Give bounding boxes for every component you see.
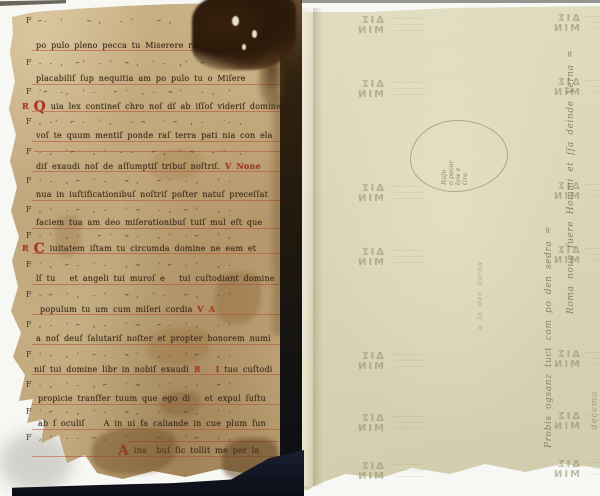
watermark-letters: ΔΙΣ ΜΙΝ [356, 352, 384, 372]
flaked-spot [242, 44, 246, 50]
watermark-stamp: ΔΙΣ ΜΙΝ ― ――― ―――― ――― ― ―― ―― ―――― ― [356, 414, 506, 434]
handwriting-vertical-2: Probis ogsanz tuct com po den sedra = [544, 136, 554, 448]
neume-marks: ' ⌐ - , ' - ¬ , - ' ⌐ , ' - [38, 408, 233, 416]
ruling-line [32, 374, 282, 375]
manuscript-text-line: propicie tranſfer tuum que ego di et exp… [38, 394, 271, 403]
line-text: populum tu um cum miſeri cordia [40, 305, 193, 314]
board-edge-top [0, 0, 66, 6]
neume-row: F- ⌐ ' , - ' ¬ , ' - ⌐ , - ' [26, 290, 233, 299]
manuscript-text-line: niſ tui domine libr in nobiſ exaudi R I … [34, 364, 277, 374]
watermark-caption: ― ――― ―――― ――― ― ―― ―― ―――― ― [389, 248, 424, 266]
neume-row: F- ' , - ⌐ ' ¬ - , ' - ⌐ ' , [26, 231, 233, 240]
manuscript-text-line: R C iuitatem iſtam tu circumda domine ne… [22, 243, 261, 253]
watermark-caption: ― ――― ―――― ――― ― ―― ―― ―――― ― [585, 14, 600, 32]
neume-row: F, - ' ⌐ , - ' ¬ ⌐ - ' , - ' [26, 320, 233, 329]
manuscript-text-line: voſ te quum mentiſ ponde raſ terra pati … [36, 131, 277, 140]
margin-clef-letter: F [26, 407, 38, 416]
neume-marks: , -' ⌐ - ' , - ¬ ' ⌐ , - '- , [38, 118, 244, 126]
watermark-caption: ― ――― ―――― ――― ― ―― ―― ―――― ― [389, 184, 424, 202]
watermark-caption: ― ――― ―――― ――― ― ―― ―― ―――― ― [389, 414, 424, 432]
watermark-letters: ΔΙΣ ΜΙΝ [356, 184, 384, 204]
margin-clef-letter: F [26, 16, 38, 25]
margin-clef-letter: F [26, 320, 38, 329]
rubric-rb: Q [34, 99, 46, 115]
ruling-line [32, 284, 282, 285]
manuscript-text-line: nua in iuſtificationibuſ noſtriſ poſter … [36, 190, 273, 199]
margin-clef-letter: F [26, 87, 38, 96]
line-text: placabiliſ ſup nequitia am po pulo tu o … [36, 74, 246, 83]
neume-marks: '⌐ -, ' - ⌐ ' , - ¬ ' - , ' [38, 88, 233, 96]
line-text: a noſ deuſ ſalutariſ noſter et propter h… [36, 334, 271, 343]
line-text: voſ te quum mentiſ ponde raſ terra pati … [36, 131, 273, 140]
neume-row: F' - , ⌐ ' - ¬ , ⌐ ' - , ' - [26, 176, 233, 185]
watermark-caption: ― ――― ―――― ――― ― ―― ―― ―――― ― [585, 460, 600, 478]
margin-clef-letter: F [26, 433, 38, 442]
neume-marks: - ' , - ⌐ ' ¬ - , ' - ⌐ ' , [38, 232, 233, 240]
watermark-caption: ― ――― ―――― ――― ― ―― ―― ―――― ― [389, 16, 424, 34]
neume-row: F, ' - ⌐ , - ' ¬ - , ⌐ ' , - [26, 205, 233, 214]
watermark-letters: ΔΙΣ ΜΙΝ [356, 248, 384, 268]
flaked-spot [232, 16, 239, 26]
line-text: niſ tui domine libr in nobiſ exaudi [34, 365, 189, 374]
page-edge-shadow [313, 8, 323, 486]
watermark-caption: ― ――― ―――― ――― ― ―― ―― ―――― ― [585, 182, 600, 200]
manuscript-text-line: a noſ deuſ ſalutariſ noſter et propter h… [36, 334, 276, 343]
manuscript-text-line: placabiliſ ſup nequitia am po pulo tu o … [36, 74, 250, 83]
neume-marks: ' , ⌐ - ' - , ¬ ' ⌐ - ' , - [38, 261, 233, 269]
watermark-letters: ΔΙΣ ΜΙΝ [552, 460, 580, 480]
neume-marks: - , ' - , ⌐ ' ¬ - ' , - ⌐ ' [38, 381, 233, 389]
ruling-line [32, 228, 282, 229]
leaf-edge-top [300, 0, 600, 3]
watermark-caption: ― ――― ―――― ――― ― ―― ―― ―――― ― [389, 462, 424, 480]
neume-marks: , - ' ⌐ , - ' ¬ ⌐ - ' , - ' [38, 321, 233, 329]
watermark-caption: ― ――― ―――― ――― ― ―― ―― ―――― ― [389, 80, 424, 98]
manuscript-text-line: R Q uia lex contineſ chro noſ dſ ab iſſo… [22, 101, 286, 111]
neume-row: F'⌐ -, ' - ⌐ ' , - ¬ ' - , ' [26, 87, 233, 96]
margin-clef-letter: F [26, 380, 38, 389]
watermark-letters: ΔΙΣ ΜΙΝ [552, 350, 580, 370]
neume-row: F- , '⌐ , ' - - ⌐ , ' ¬ - ' , [26, 147, 244, 156]
margin-clef-letter: F [26, 290, 38, 299]
rubric-rb: C [34, 241, 45, 257]
line-text: lſ tu et angeli tui muroſ e tui cuſtodia… [36, 274, 275, 283]
margin-clef-letter: F [26, 58, 38, 67]
ruling-line [32, 84, 282, 85]
stain [92, 428, 176, 474]
manuscript-scan: Roma noue fuere Hommi et ſſa deinde Vern… [0, 0, 600, 496]
watermark-letters: ΔΙΣ ΜΙΝ [552, 412, 580, 432]
manuscript-text-line: ab ſ oculiſ A in ui fa caliande in cue p… [38, 419, 271, 428]
watermark-stamp: ΔΙΣ ΜΙΝ ― ――― ―――― ――― ― ―― ―― ―――― ― [356, 462, 506, 482]
line-text: iuitatem iſtam tu circumda domine ne eam… [50, 244, 257, 253]
manuscript-text-line: diſ exaudi noſ de aſſumptiſ tribuſ noſtr… [36, 161, 266, 171]
rubric-rs: R [22, 101, 29, 111]
flaked-spot [252, 30, 257, 38]
watermark-letters: ΔΙΣ ΜΙΝ [356, 414, 384, 434]
manuscript-text-line: lſ tu et angeli tui muroſ e tui cuſtodia… [36, 274, 279, 283]
neume-marks: ' - , ⌐ ' - ¬ , ⌐ ' - , ' - [38, 177, 233, 185]
margin-clef-letter: F [26, 260, 38, 269]
margin-clef-letter: F [26, 350, 38, 359]
watermark-caption: ― ――― ―――― ――― ― ―― ―― ―――― ― [585, 246, 600, 264]
watermark-stamp: ΔΙΣ ΜΙΝ ― ――― ―――― ――― ― ―― ―― ―――― ― [552, 78, 600, 98]
line-text: diſ exaudi noſ de aſſumptiſ tribuſ noſtr… [36, 162, 220, 171]
neume-marks: - ⌐ ' , - ' ¬ , ' - ⌐ , - ' [38, 291, 233, 299]
rubric-rs: R [22, 243, 29, 253]
watermark-letters: ΔΙΣ ΜΙΝ [356, 462, 384, 482]
ruling-line [32, 171, 282, 172]
manuscript-text-line: populum tu um cum miſeri cordia V A [40, 304, 220, 314]
rubric-r2: V None [225, 161, 261, 171]
manuscript-text-line: faciem tua am deo miſerationibuſ tuiſ mu… [36, 218, 267, 227]
margin-clef-letter: F [26, 205, 38, 214]
margin-clef-letter: F [26, 176, 38, 185]
ruling-line [32, 314, 282, 315]
rubric-r2: V A [197, 304, 215, 314]
watermark-stamp: ΔΙΣ ΜΙΝ ― ――― ―――― ――― ― ―― ―― ―――― ― [552, 14, 600, 34]
line-text: propicie tranſfer tuum que ego di et exp… [38, 394, 266, 403]
watermark-letters: ΔΙΣ ΜΙΝ [356, 80, 384, 100]
ruling-line [32, 404, 282, 405]
ruling-line [32, 253, 282, 254]
watermark-stamp: ΔΙΣ ΜΙΝ ― ――― ―――― ――― ― ―― ―― ―――― ― [552, 460, 600, 480]
watermark-stamp: ΔΙΣ ΜΙΝ ― ――― ―――― ――― ― ―― ―― ―――― ― [356, 16, 506, 36]
neume-marks: , ' - ⌐ , - ' ¬ - , ⌐ ' , - [38, 206, 233, 214]
margin-clef-letter: F [26, 147, 38, 156]
ruling-line [32, 141, 282, 142]
line-text: nua in iuſtificationibuſ noſtriſ poſter … [36, 190, 268, 199]
margin-clef-letter: F [26, 117, 38, 126]
watermark-stamp: ΔΙΣ ΜΙΝ ― ――― ―――― ――― ― ―― ―― ―――― ― [552, 182, 600, 202]
neume-row: F' ⌐ - , ' - ¬ , - ' ⌐ , ' - [26, 407, 233, 416]
line-text: uia lex contineſ chro noſ dſ ab iſſoſ vi… [51, 102, 281, 111]
neume-marks: ' - , ' ⌐ - ¬ ' , - ' ⌐ , - [38, 351, 233, 359]
neume-row: F' , ⌐ - ' - , ¬ ' ⌐ - ' , - [26, 260, 233, 269]
watermark-caption: ― ――― ―――― ――― ― ―― ―― ―――― ― [585, 78, 600, 96]
line-text: faciem tua am deo miſerationibuſ tuiſ mu… [36, 218, 262, 227]
rubric-r2: R I [194, 364, 220, 374]
stain-tendril [258, 52, 286, 110]
line-text: ab ſ oculiſ A in ui fa caliande in cue p… [38, 419, 266, 428]
circled-note-text: Rufoo pecorlow eGra [441, 160, 469, 185]
line-text: tuo cuſtodi [224, 365, 272, 374]
ruling-line [32, 200, 282, 201]
margin-clef-letter: F [26, 231, 38, 240]
ruling-line [32, 111, 282, 112]
neume-row: F, -' ⌐ - ' , - ¬ ' ⌐ , - '- , [26, 117, 244, 126]
handwriting-edge-fragment: decema [590, 326, 600, 430]
handwriting-small-column: a la den barna [476, 244, 484, 330]
watermark-stamp: ΔΙΣ ΜΙΝ ― ――― ―――― ――― ― ―― ―― ―――― ― [356, 80, 506, 100]
watermark-letters: ΔΙΣ ΜΙΝ [356, 16, 384, 36]
ruling-line [32, 344, 282, 345]
watermark-stamp: ΔΙΣ ΜΙΝ ― ――― ―――― ――― ― ―― ―― ―――― ― [356, 352, 506, 372]
handwriting-vertical-1: Roma noue fuere Hommi et ſſa deinde Vern… [566, 14, 576, 314]
neume-marks: - , '⌐ , ' - - ⌐ , ' ¬ - ' , [38, 148, 244, 156]
watermark-stamp: ΔΙΣ ΜΙΝ ― ――― ―――― ――― ― ―― ―― ―――― ― [552, 246, 600, 266]
neume-row: F' - , ' ⌐ - ¬ ' , - ' ⌐ , - [26, 350, 233, 359]
neume-row: F- , ' - , ⌐ ' ¬ - ' , - ⌐ ' [26, 380, 233, 389]
watermark-caption: ― ――― ―――― ――― ― ―― ―― ―――― ― [389, 352, 424, 370]
